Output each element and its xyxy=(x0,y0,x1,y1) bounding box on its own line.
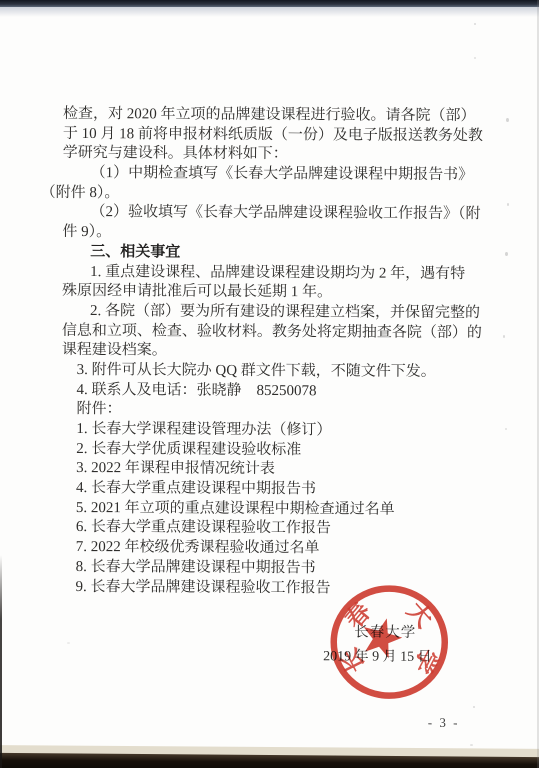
text-line: 4. 联系人及电话：张晓静 85250078 xyxy=(77,381,482,403)
text-line: 5. 2021 年立项的重点建设课程中期检查通过名单 xyxy=(76,499,481,521)
scanned-document-page: 检查，对 2020 年立项的品牌建设课程进行验收。请各院（部）于 10 月 18… xyxy=(0,0,539,768)
text-line: 8. 长春大学品牌建设课程中期报告书 xyxy=(76,558,481,580)
text-line: 1. 重点建设课程、品牌建设课程建设期均为 2 年，遇有特 xyxy=(90,263,482,285)
text-line: 7. 2022 年校级优秀课程验收通过名单 xyxy=(76,538,481,560)
text-line: （附件 8）。 xyxy=(41,184,483,206)
document-content: 检查，对 2020 年立项的品牌建设课程进行验收。请各院（部）于 10 月 18… xyxy=(0,0,539,768)
seal-char: 春 xyxy=(340,597,377,633)
text-line: （1）中期检查填写《长春大学品牌建设课程中期报告书》 xyxy=(91,164,483,186)
page-number: - 3 - xyxy=(428,715,460,731)
document-body: 检查，对 2020 年立项的品牌建设课程进行验收。请各院（部）于 10 月 18… xyxy=(60,105,483,599)
text-line: 附件： xyxy=(76,400,481,422)
text-line: 3. 2022 年课程申报情况统计表 xyxy=(76,459,481,481)
text-line: 4. 长春大学重点建设课程中期报告书 xyxy=(76,479,481,501)
text-line: 1. 长春大学课程建设管理办法（修订） xyxy=(76,420,481,442)
text-line: 三、相关事宜 xyxy=(90,243,482,265)
text-line: （2）验收填写《长春大学品牌建设课程验收工作报告》（附 xyxy=(90,203,482,225)
text-line: 信息和立项、检查、验收材料。教务处将定期抽查各院（部）的 xyxy=(62,321,482,343)
seal-char: 大 xyxy=(401,597,437,633)
text-line: 件 9）。 xyxy=(62,223,482,245)
changchun-university-seal-stamp: 长 春 大 学 xyxy=(328,583,451,701)
text-line: 殊原因经申请批准后可以最长延期 1 年。 xyxy=(62,282,482,304)
text-line: 检查，对 2020 年立项的品牌建设课程进行验收。请各院（部） xyxy=(63,105,483,127)
text-line: 6. 长春大学重点建设课程验收工作报告 xyxy=(76,518,481,540)
text-line: 课程建设档案。 xyxy=(62,341,482,363)
text-line: 于 10 月 18 前将申报材料纸质版（一份）及电子版报送教务处教 xyxy=(63,125,483,147)
text-line: 学研究与建设科。具体材料如下： xyxy=(63,144,483,166)
text-line: 3. 附件可从长大院办 QQ 群文件下载，不随文件下发。 xyxy=(77,361,482,383)
text-line: 2. 长春大学优质课程建设验收标准 xyxy=(76,440,481,462)
text-line: 2. 各院（部）要为所有建设的课程建立档案，并保留完整的 xyxy=(90,302,482,324)
